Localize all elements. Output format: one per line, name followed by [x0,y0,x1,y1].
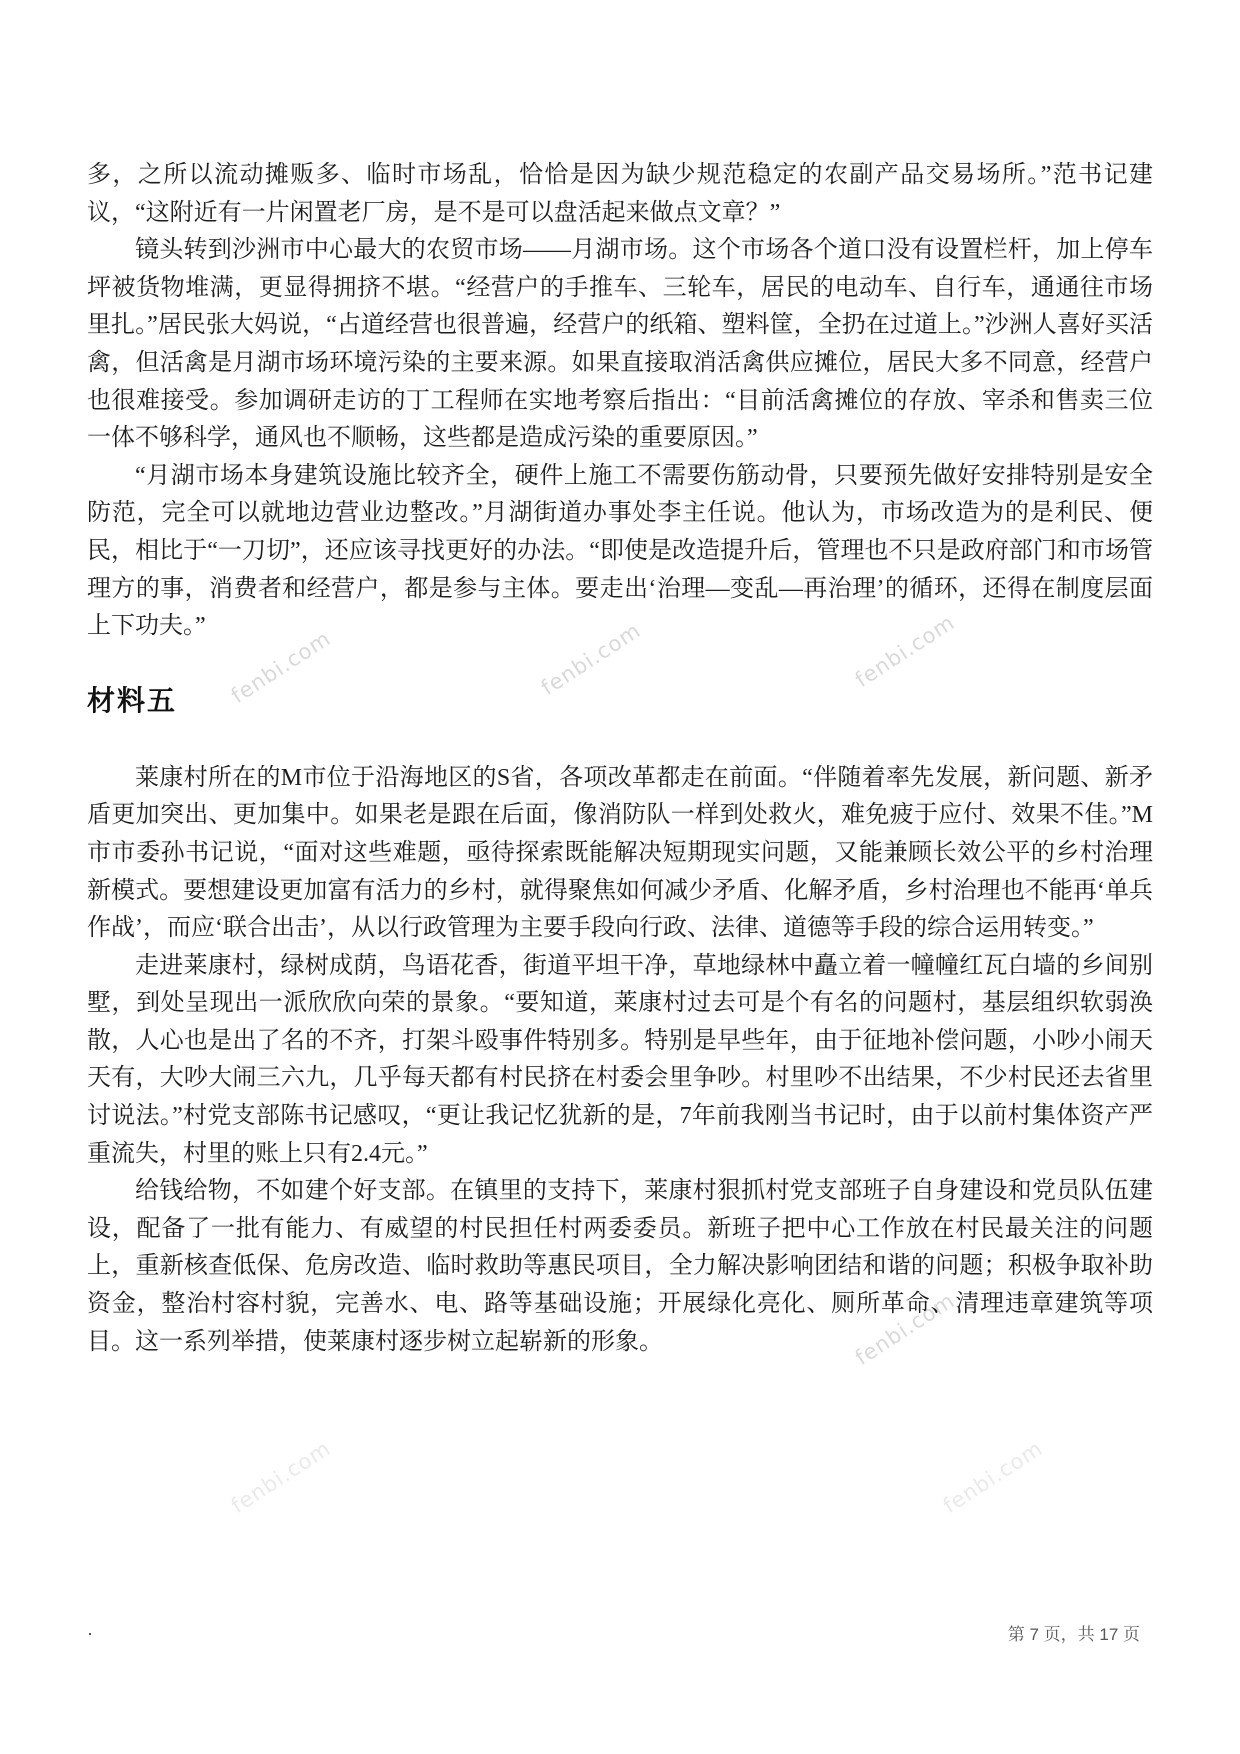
footer-dot: · [87,1624,93,1642]
page-number: 第 7 页，共 17 页 [1008,1620,1140,1645]
paragraph: 莱康村所在的M市位于沿海地区的S省，各项改革都走在前面。“伴随着率先发展，新问题… [87,760,1153,948]
paragraph: 给钱给物，不如建个好支部。在镇里的支持下，莱康村狠抓村党支部班子自身建设和党员队… [87,1173,1153,1361]
section-heading: 材料五 [87,686,1153,718]
paragraph-continuation: 多，之所以流动摊贩多、临时市场乱，恰恰是因为缺少规范稳定的农副产品交易场所。”范… [87,157,1153,232]
document-page: fenbi.com fenbi.com fenbi.com fenbi.com … [0,0,1240,1754]
paragraph: 走进莱康村，绿树成荫，鸟语花香，街道平坦干净，草地绿林中矗立着一幢幢红瓦白墙的乡… [87,948,1153,1174]
paragraph: 镜头转到沙洲市中心最大的农贸市场——月湖市场。这个市场各个道口没有设置栏杆，加上… [87,232,1153,458]
document-body: 多，之所以流动摊贩多、临时市场乱，恰恰是因为缺少规范稳定的农副产品交易场所。”范… [87,157,1153,1361]
paragraph: “月湖市场本身建筑设施比较齐全，硬件上施工不需要伤筋动骨，只要预先做好安排特别是… [87,458,1153,646]
watermark: fenbi.com [227,1436,335,1518]
page-footer: · 第 7 页，共 17 页 [87,1620,1140,1645]
watermark: fenbi.com [939,1436,1047,1518]
